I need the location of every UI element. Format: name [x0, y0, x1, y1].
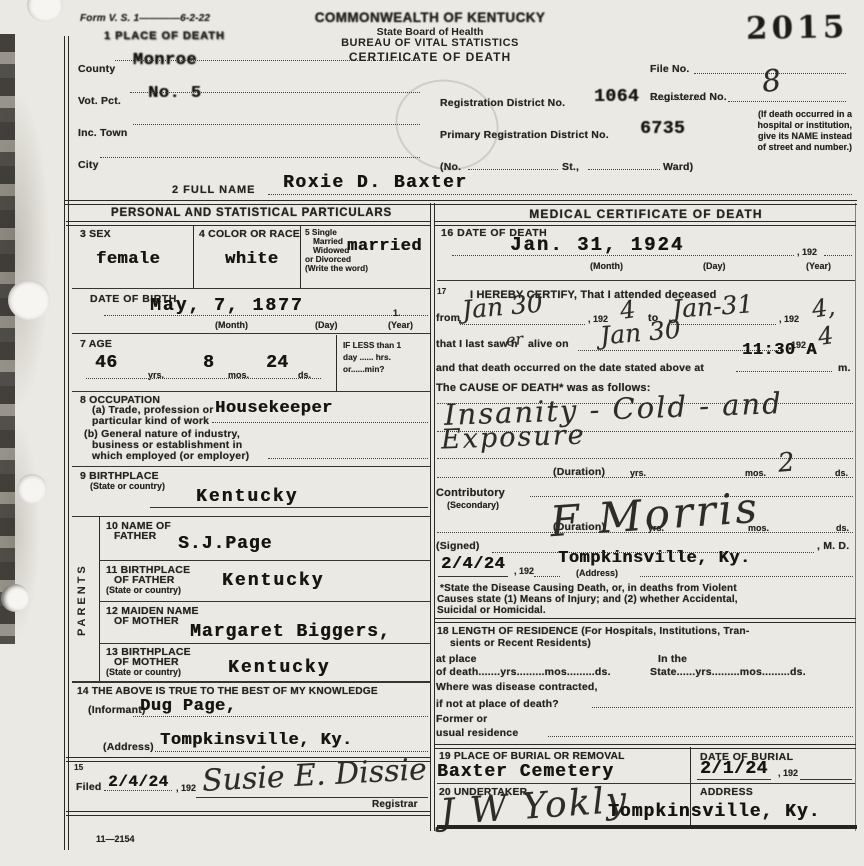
age-months-value: 8: [203, 353, 214, 373]
usual-residence-label: usual residence: [436, 727, 518, 739]
hospital-note-line: of street and number.): [660, 142, 852, 152]
race-label: 4 COLOR OR RACE: [199, 228, 300, 240]
vot-pct-value: No. 5: [148, 84, 202, 103]
row-line: [437, 280, 855, 281]
hospital-note-line: hospital or institution,: [660, 120, 852, 130]
alive-date-handwriting: Jan 30: [599, 315, 682, 351]
disease-contracted-label: Where was disease contracted,: [436, 681, 598, 693]
cause-handwriting-line2: Exposure: [441, 419, 587, 455]
at-place-label: at place: [436, 653, 477, 665]
residence-label-line2: sients or Recent Residents): [450, 638, 591, 649]
sex-value: female: [96, 250, 160, 269]
left-border: [64, 36, 69, 850]
duration-days-handwriting: 2: [777, 447, 796, 478]
row-double-line: [435, 618, 856, 623]
bottom-double-line: [66, 811, 431, 816]
birthplace-value: Kentucky: [196, 487, 298, 507]
row-line: [72, 466, 430, 467]
dotted-line: [452, 255, 794, 256]
registration-district-label: Registration District No.: [440, 97, 565, 109]
section-underline: [66, 221, 431, 226]
signature-line: [196, 797, 428, 798]
from-date-handwriting: Jan 30: [461, 289, 544, 325]
no-label: (No.: [440, 161, 461, 173]
informant-address-label: (Address): [103, 741, 154, 753]
cell-divider: [193, 226, 194, 288]
hospital-note-line: give its NAME instead: [660, 131, 852, 141]
dotted-line: [130, 92, 420, 93]
informant-value: Dug Page,: [140, 697, 236, 716]
registered-no-value: 8: [760, 63, 783, 100]
footnote-line: Suicidal or Homicidal.: [437, 605, 546, 616]
row-line: [697, 779, 771, 780]
informant-address-value: Tompkinsville, Ky.: [160, 731, 353, 750]
binding-edge: [0, 34, 15, 644]
undertaker-address-label: ADDRESS: [700, 787, 753, 798]
row-line: [99, 601, 430, 602]
punch-hole: [27, 0, 63, 22]
mother-birthplace-label3: (State or country): [106, 667, 181, 677]
occupation-a-line2: particular kind of work: [92, 415, 209, 427]
row-line: [99, 643, 430, 644]
item-17: 17: [437, 286, 446, 296]
dod-year-prefix: , 192: [797, 247, 817, 257]
alive-on-label: alive on: [528, 338, 569, 350]
dotted-line: [824, 255, 852, 256]
dotted-line: [212, 422, 428, 423]
dotted-line: [736, 371, 832, 372]
father-birthplace-label3: (State or country): [106, 585, 181, 595]
signed-date-value: 2/4/24: [441, 555, 505, 574]
attest-statement: 14 THE ABOVE IS TRUE TO THE BEST OF MY K…: [77, 686, 378, 697]
full-name-label: 2 FULL NAME: [172, 184, 256, 196]
footnote-line: *State the Disease Causing Death, or, in…: [440, 583, 737, 594]
file-stamp-number: 2015: [746, 9, 849, 47]
place-of-burial-value: Baxter Cemetery: [437, 762, 614, 782]
section-underline: [435, 221, 856, 226]
primary-district-label: Primary Registration District No.: [440, 129, 609, 141]
full-name-value: Roxie D. Baxter: [283, 173, 468, 193]
dotted-line: [728, 101, 846, 102]
state-leader-line: State......yrs.........mos.........ds.: [650, 666, 806, 678]
if-not-label: if not at place of death?: [436, 698, 559, 710]
residence-label-line1: 18 LENGTH OF RESIDENCE (For Hospitals, I…: [437, 626, 750, 637]
row-line: [72, 516, 430, 517]
cell-divider: [336, 335, 337, 391]
death-occurred-label: and that death occurred on the date stat…: [436, 362, 704, 374]
mother-name-value: Margaret Biggers,: [190, 622, 391, 642]
contributory-label: Contributory: [436, 487, 505, 499]
sex-label: 3 SEX: [80, 228, 111, 240]
year2-prefix: , 192: [779, 314, 799, 324]
physician-address-value: Tompkinsville, Ky.: [558, 549, 751, 568]
burial-year-prefix: , 192: [778, 768, 798, 778]
title-certificate: CERTIFICATE OF DEATH: [275, 50, 585, 64]
row-double-line: [435, 744, 856, 749]
dotted-line: [548, 736, 853, 737]
if-less-line: day ...... hrs.: [343, 352, 391, 362]
row-line: [99, 560, 430, 561]
year2-handwriting: 4,: [810, 293, 837, 324]
dob-note: 1.: [393, 308, 401, 318]
dob-day-label: (Day): [315, 320, 338, 330]
date-of-death-value: Jan. 31, 1924: [510, 234, 684, 256]
filed-label: Filed: [76, 781, 102, 793]
column-divider: [430, 203, 435, 831]
title-bureau: BUREAU OF VITAL STATISTICS: [275, 37, 585, 49]
county-label: County: [78, 63, 115, 75]
signed-label: (Signed): [436, 540, 480, 552]
item-15: 15: [74, 762, 83, 772]
registered-no-label: Registered No.: [650, 91, 727, 103]
dotted-line: [534, 576, 560, 577]
last-saw-handwriting: er: [505, 329, 524, 350]
filed-year-prefix: , 192: [176, 783, 196, 793]
dotted-line: [588, 169, 660, 170]
age-label: 7 AGE: [80, 338, 112, 350]
if-less-line: or......min?: [343, 364, 385, 374]
filed-date-value: 2/4/24: [108, 773, 169, 791]
dod-year-label: (Year): [806, 261, 831, 271]
dob-value: May, 7, 1877: [150, 296, 304, 316]
row-line: [800, 779, 852, 780]
mother-birthplace-value: Kentucky: [228, 658, 330, 678]
right-border: [855, 203, 856, 831]
vot-pct-label: Vot. Pct.: [78, 95, 121, 107]
registrar-label: Registrar: [372, 799, 418, 810]
race-value: white: [225, 250, 279, 269]
dotted-line: [437, 477, 853, 478]
dotted-line: [104, 790, 172, 791]
header-separator: [64, 200, 857, 205]
occupation-value: Housekeeper: [215, 399, 333, 418]
from-label: from: [436, 312, 460, 324]
punch-hole: [1, 584, 29, 612]
city-label: City: [78, 159, 99, 171]
st-label: St.,: [562, 161, 579, 173]
year3-handwriting: 4: [816, 321, 835, 351]
form-code: 11—2154: [96, 834, 135, 844]
right-section-header: MEDICAL CERTIFICATE OF DEATH: [437, 207, 855, 221]
row-line: [72, 333, 430, 334]
dotted-line: [86, 378, 321, 379]
if-less-line: IF LESS than 1: [343, 340, 401, 350]
row-line: [72, 288, 430, 289]
marital-write-word: (Write the word): [305, 263, 368, 273]
of-death-leader-line: of death.......yrs.........mos.........d…: [436, 666, 611, 678]
registration-district-value: 1064: [594, 87, 639, 107]
birthplace-sub-label: (State or country): [90, 481, 165, 491]
dotted-line: [155, 751, 428, 752]
dotted-line: [468, 169, 558, 170]
file-no-label: File No.: [650, 63, 690, 75]
left-section-header: PERSONAL AND STATISTICAL PARTICULARS: [72, 207, 431, 219]
in-the-label: In the: [658, 653, 687, 665]
bottom-heavy-line: [437, 825, 857, 829]
secondary-label: (Secondary): [447, 500, 499, 510]
cell-divider: [300, 226, 301, 288]
physician-signature: F Morris: [549, 483, 762, 547]
row-line: [438, 576, 508, 577]
parents-vertical-label: PARENTS: [76, 540, 96, 660]
dod-day-label: (Day): [703, 261, 726, 271]
dotted-line: [268, 458, 428, 459]
dob-month-label: (Month): [215, 320, 248, 330]
parents-band-divider: [99, 517, 100, 682]
time-of-death-value: 11:30 A: [742, 341, 817, 360]
father-name-value: S.J.Page: [178, 534, 272, 554]
dod-month-label: (Month): [590, 261, 623, 271]
to-date-handwriting: Jan-31: [671, 289, 754, 324]
dotted-line: [592, 707, 853, 708]
title-commonwealth: COMMONWEALTH OF KENTUCKY: [275, 10, 585, 25]
form-number: Form V. S. 1————6-2-22: [80, 13, 210, 24]
row-line: [150, 507, 428, 508]
dotted-line: [100, 157, 420, 158]
dotted-line: [104, 315, 428, 316]
occupation-b-line3: which employed (or employer): [92, 450, 249, 462]
physician-address-label: (Address): [576, 568, 618, 578]
dotted-line: [460, 324, 585, 325]
footnote-line: Causes state (1) Means of Injury; and (2…: [437, 594, 738, 605]
dotted-line: [640, 576, 853, 577]
dotted-line: [133, 124, 420, 125]
md-label: , M. D.: [817, 540, 849, 552]
hospital-note-line: (If death occurred in a: [660, 109, 852, 119]
mother-name-label2: OF MOTHER: [114, 615, 179, 627]
signed-year-prefix: , 192: [514, 566, 534, 576]
age-years-value: 46: [95, 353, 118, 373]
former-label: Former or: [436, 713, 487, 725]
m-label: m.: [838, 362, 851, 374]
age-days-value: 24: [266, 353, 289, 373]
place-of-death-label: 1 PLACE OF DEATH: [104, 30, 225, 42]
dotted-line: [133, 716, 428, 717]
row-line: [72, 681, 430, 683]
ward-label: Ward): [663, 161, 693, 173]
dob-year-label: (Year): [388, 320, 413, 330]
inc-town-label: Inc. Town: [78, 127, 127, 139]
undertaker-address-value: Tompkinsville, Ky.: [608, 802, 820, 822]
dotted-line: [668, 324, 776, 325]
marital-value: married: [347, 237, 422, 256]
informant-label: (Informant): [88, 704, 146, 716]
punch-hole: [17, 474, 47, 504]
death-certificate-scan: Form V. S. 1————6-2-22 1 PLACE OF DEATH …: [0, 0, 864, 866]
date-of-burial-value: 2/1/24: [700, 759, 768, 779]
father-name-label2: FATHER: [114, 530, 156, 542]
father-birthplace-value: Kentucky: [222, 571, 324, 591]
dotted-line: [268, 194, 852, 195]
place-of-burial-label: 19 PLACE OF BURIAL OR REMOVAL: [439, 751, 625, 762]
row-line: [437, 783, 855, 784]
row-line: [72, 391, 430, 392]
punch-hole: [8, 280, 50, 320]
